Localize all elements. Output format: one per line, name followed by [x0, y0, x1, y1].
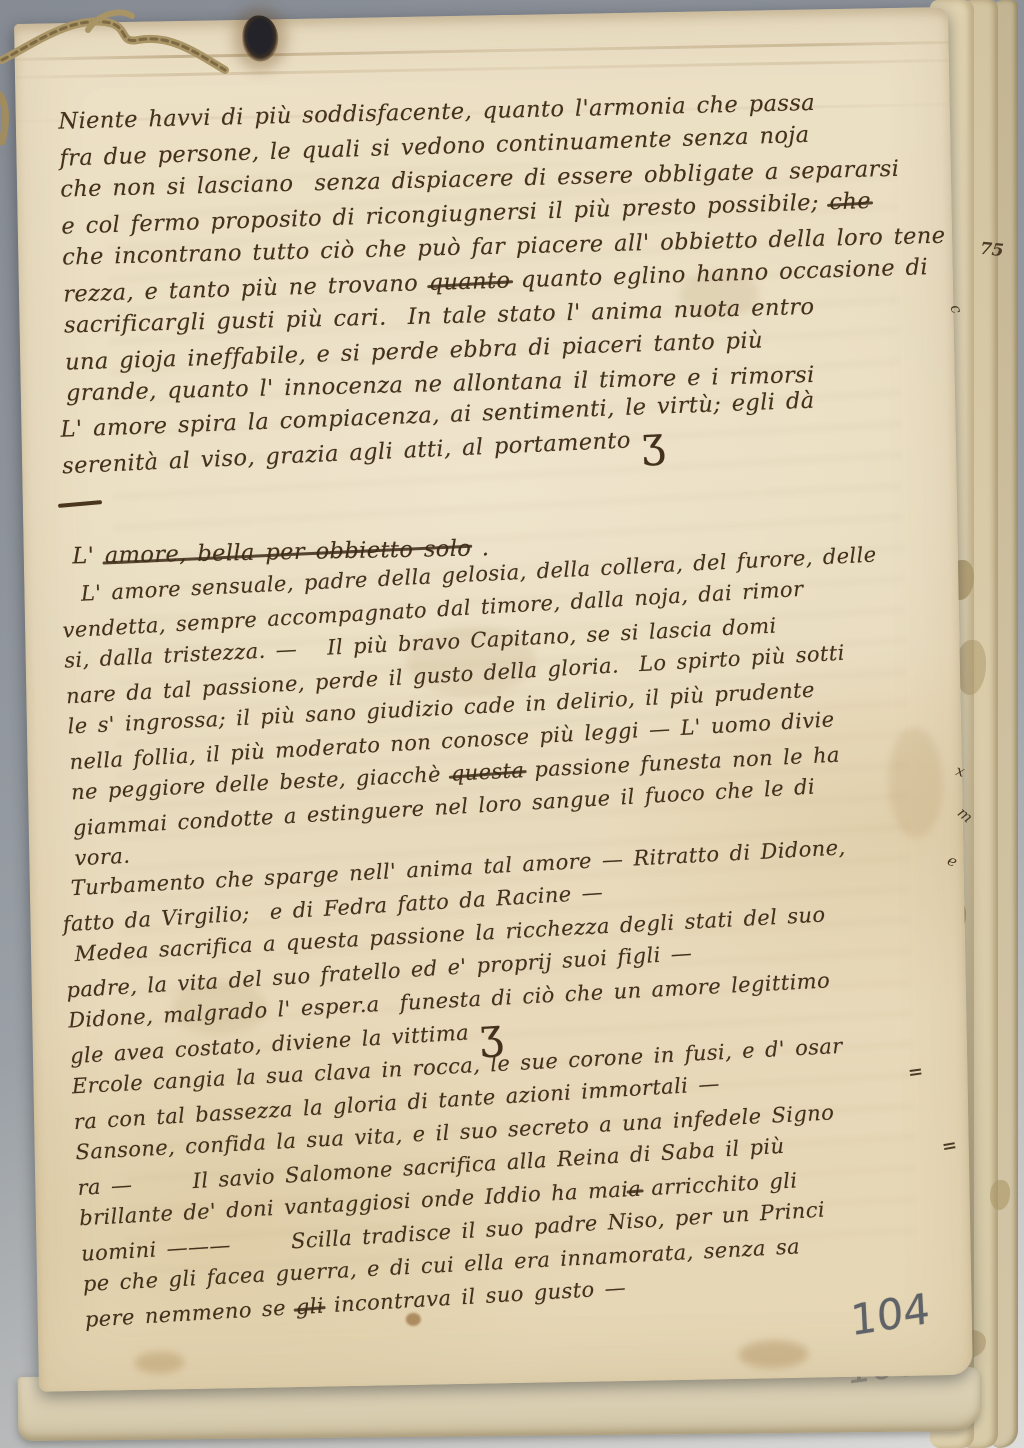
binding-cord-icon	[0, 0, 240, 150]
text-segment: L'	[72, 543, 105, 570]
struck-text: questa	[450, 758, 525, 786]
flourish-mark: ʒ	[640, 417, 666, 467]
struck-text: quanto	[428, 267, 511, 296]
stain	[134, 1351, 184, 1374]
paragraph-3: L' amore sensuale, padre della gelosia, …	[60, 537, 891, 876]
insertion-mark: =	[907, 1061, 923, 1084]
edge-ink-mark: 75	[979, 239, 1005, 261]
struck-text: gli	[295, 1294, 324, 1320]
struck-text: a	[628, 1177, 642, 1202]
text-segment: vora.	[74, 844, 131, 871]
struck-text: che	[829, 188, 871, 215]
paragraph-4: Turbamento che sparge nell' anima tal am…	[60, 830, 870, 1335]
ink-blot	[242, 15, 279, 62]
stain	[887, 727, 944, 838]
photo-background: 106 Niente havvi di più soddisfacente, q…	[0, 0, 1024, 1448]
stain	[738, 1340, 809, 1369]
